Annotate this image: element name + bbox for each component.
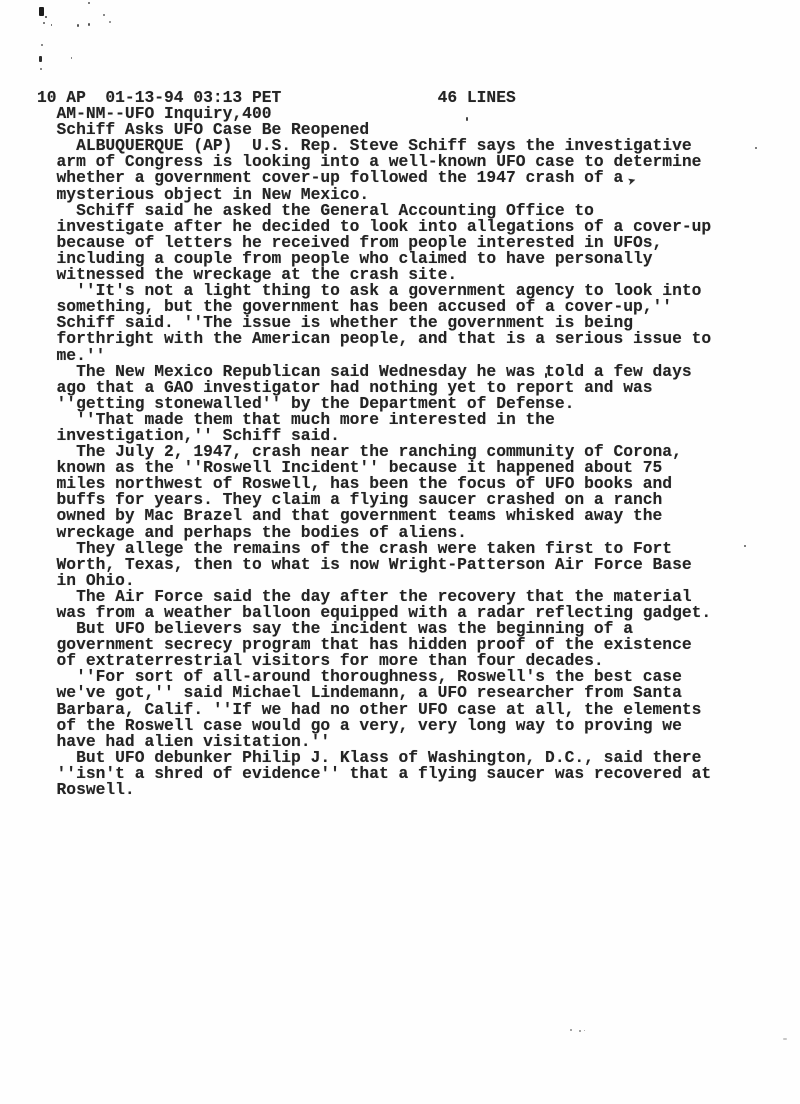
scan-speckle bbox=[109, 21, 111, 23]
scan-speckle bbox=[43, 22, 45, 24]
scan-speckle bbox=[41, 44, 43, 46]
scan-speckle bbox=[39, 56, 42, 62]
scan-speckle bbox=[579, 1030, 581, 1032]
scan-speckle bbox=[545, 373, 547, 378]
wire-story-text: 10 AP 01-13-94 03:13 PET 46 LINES AM-NM-… bbox=[37, 90, 711, 798]
scan-speckle bbox=[77, 24, 79, 27]
scan-speckle bbox=[783, 1038, 787, 1040]
scan-speckle bbox=[39, 7, 44, 16]
scan-speckle bbox=[570, 1029, 572, 1031]
scan-speckle bbox=[466, 117, 468, 121]
scan-speckle bbox=[71, 57, 72, 59]
scan-speckle bbox=[88, 23, 90, 26]
scan-speckle bbox=[103, 14, 105, 16]
scan-speckle bbox=[40, 68, 42, 70]
scan-speckle bbox=[744, 545, 746, 547]
scanned-wire-article-page: 10 AP 01-13-94 03:13 PET 46 LINES AM-NM-… bbox=[0, 0, 800, 1104]
scan-speckle bbox=[45, 16, 47, 18]
scan-speckle bbox=[755, 147, 757, 149]
scan-speckle bbox=[88, 2, 90, 4]
scan-speckle bbox=[51, 24, 52, 26]
scan-speckle bbox=[584, 1030, 585, 1031]
